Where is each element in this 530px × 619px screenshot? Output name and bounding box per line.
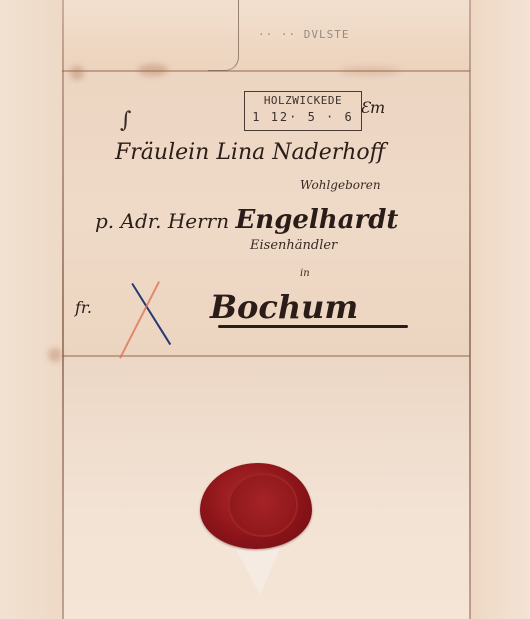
- stain: [138, 64, 168, 76]
- seal-emblem: [228, 473, 298, 537]
- city-underline: [218, 325, 408, 328]
- stain: [48, 348, 62, 362]
- handwriting-flourish: ∫: [120, 108, 131, 133]
- paper-tear: [208, 0, 239, 71]
- faint-stamp: ·· ·· DVLSTE: [258, 28, 349, 41]
- in-word: in: [300, 268, 310, 279]
- occupation: Eisenhändler: [250, 238, 337, 253]
- franco-mark: fr.: [75, 298, 92, 317]
- addressee-title: Wohlgeboren: [300, 178, 381, 192]
- addressee-name: Fräulein Lina Naderhoff: [115, 140, 385, 165]
- fold-line-top: [62, 70, 470, 72]
- handwriting-mark: Ɛm: [360, 98, 385, 117]
- care-of-name: Engelhardt: [235, 205, 398, 235]
- wax-seal: [200, 463, 312, 549]
- fold-line-left: [62, 0, 64, 619]
- postmark-date: 1 12· 5 · 6: [245, 109, 361, 126]
- postmark-town: HOLZWICKEDE: [245, 92, 361, 109]
- fold-line-right: [469, 0, 471, 619]
- postmark-stamp: HOLZWICKEDE 1 12· 5 · 6: [244, 91, 362, 131]
- destination-city: Bochum: [210, 288, 358, 326]
- left-fold-panel: [0, 0, 62, 619]
- right-fold-panel: [470, 0, 530, 619]
- care-of-line: p. Adr. Herrn Engelhardt: [95, 205, 398, 235]
- stain: [70, 66, 84, 80]
- stain: [340, 66, 400, 76]
- fold-line-middle: [62, 355, 470, 357]
- care-of-prefix: p. Adr. Herrn: [95, 209, 229, 233]
- letter-cover: ·· ·· DVLSTE HOLZWICKEDE 1 12· 5 · 6 ∫ Ɛ…: [0, 0, 530, 619]
